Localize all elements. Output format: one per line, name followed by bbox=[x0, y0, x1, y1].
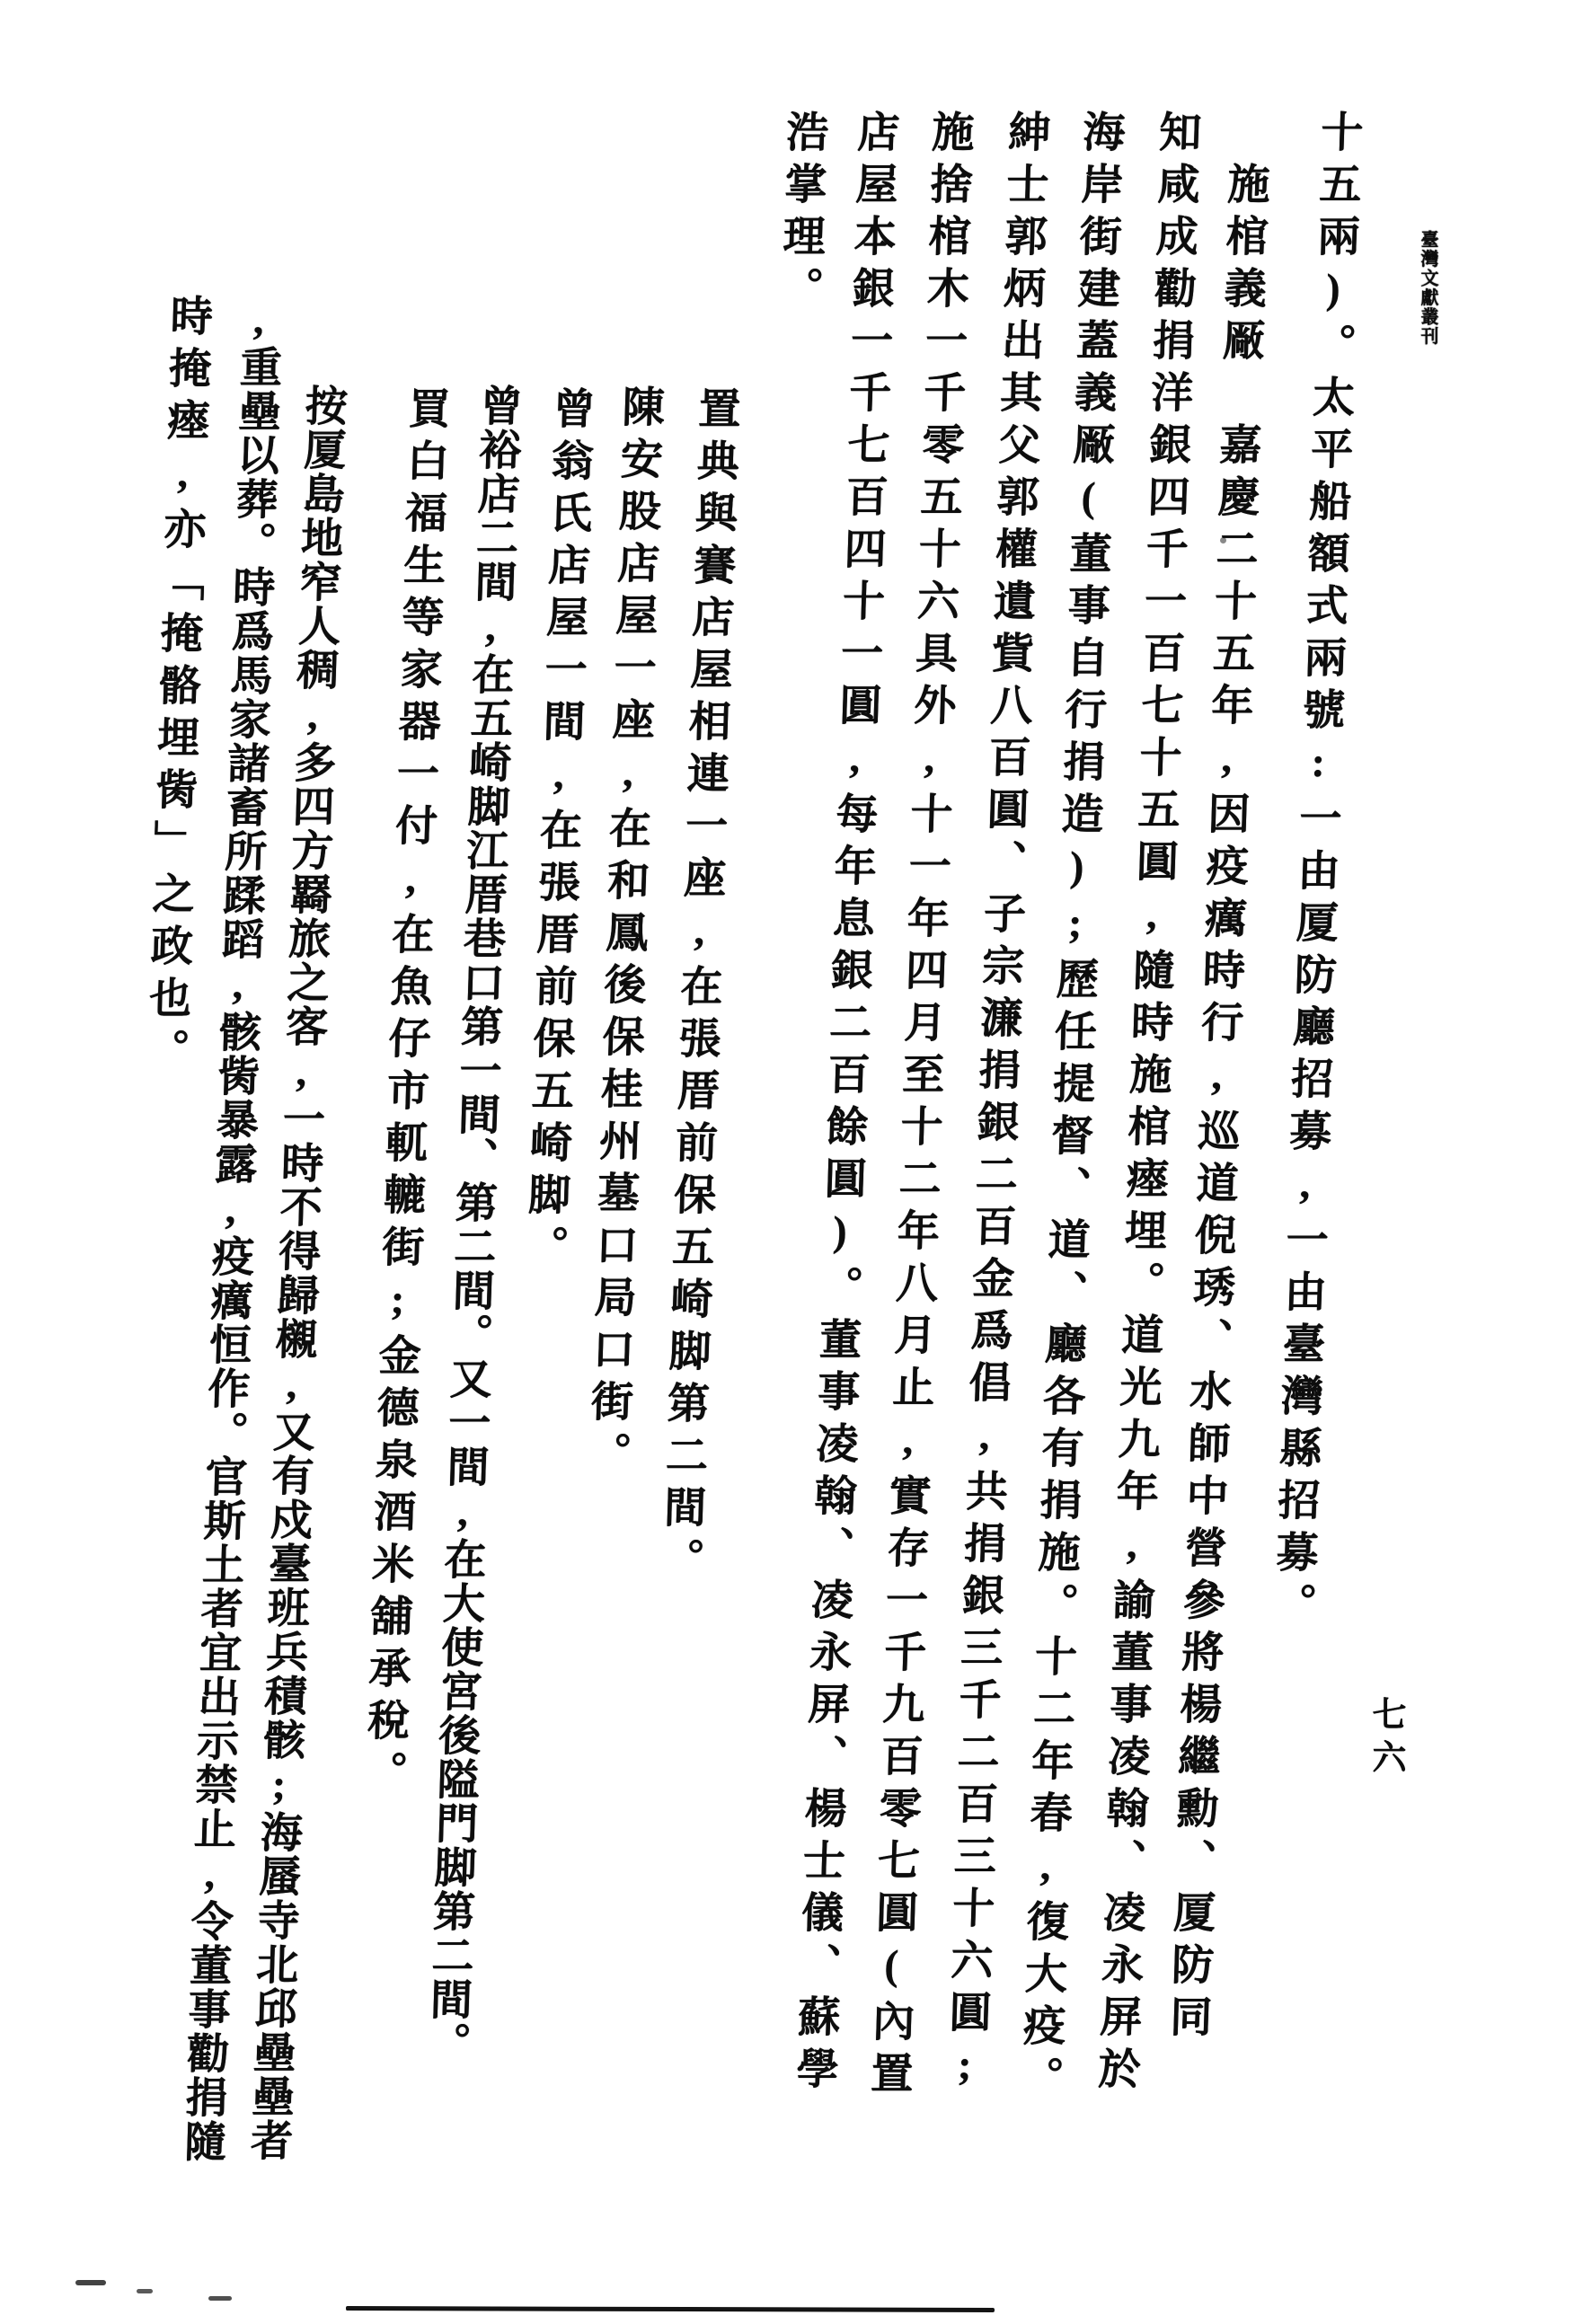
scan-artifact-speck bbox=[1220, 537, 1226, 543]
scan-artifact-speck bbox=[137, 2289, 153, 2293]
text-column: 買白福生等家器一付,在魚仔市軏轆街;金德泉酒米舖承稅。 bbox=[360, 386, 447, 1802]
text-column: 置典與賽店屋相連一座,在張厝前保五崎脚第二間。 bbox=[657, 386, 737, 1589]
scanned-book-page: 臺灣文獻叢刊 七六 十五兩)。太平船額式兩號:一由厦防廳招募,一由臺灣縣招募。 … bbox=[0, 0, 1583, 2324]
scan-artifact-speck bbox=[75, 2280, 106, 2285]
text-block: 十五兩)。太平船額式兩號:一由厦防廳招募,一由臺灣縣招募。 施棺義厰 嘉慶二十五… bbox=[0, 0, 1583, 2324]
text-column: 陳安股店屋一座,在和鳳後保桂州墓口局口街。 bbox=[584, 384, 660, 1483]
text-column: 十五兩)。太平船額式兩號:一由厦防廳招募,一由臺灣縣招募。 bbox=[1269, 110, 1359, 1634]
text-column: 時掩瘞,亦「掩骼埋胔」之政也。 bbox=[142, 294, 208, 1080]
text-column: 浩掌理。 bbox=[776, 110, 825, 318]
text-column: 曾翁氏店屋一間,在張厝前保五崎脚。 bbox=[521, 386, 591, 1277]
scan-artifact-speck bbox=[208, 2296, 232, 2301]
